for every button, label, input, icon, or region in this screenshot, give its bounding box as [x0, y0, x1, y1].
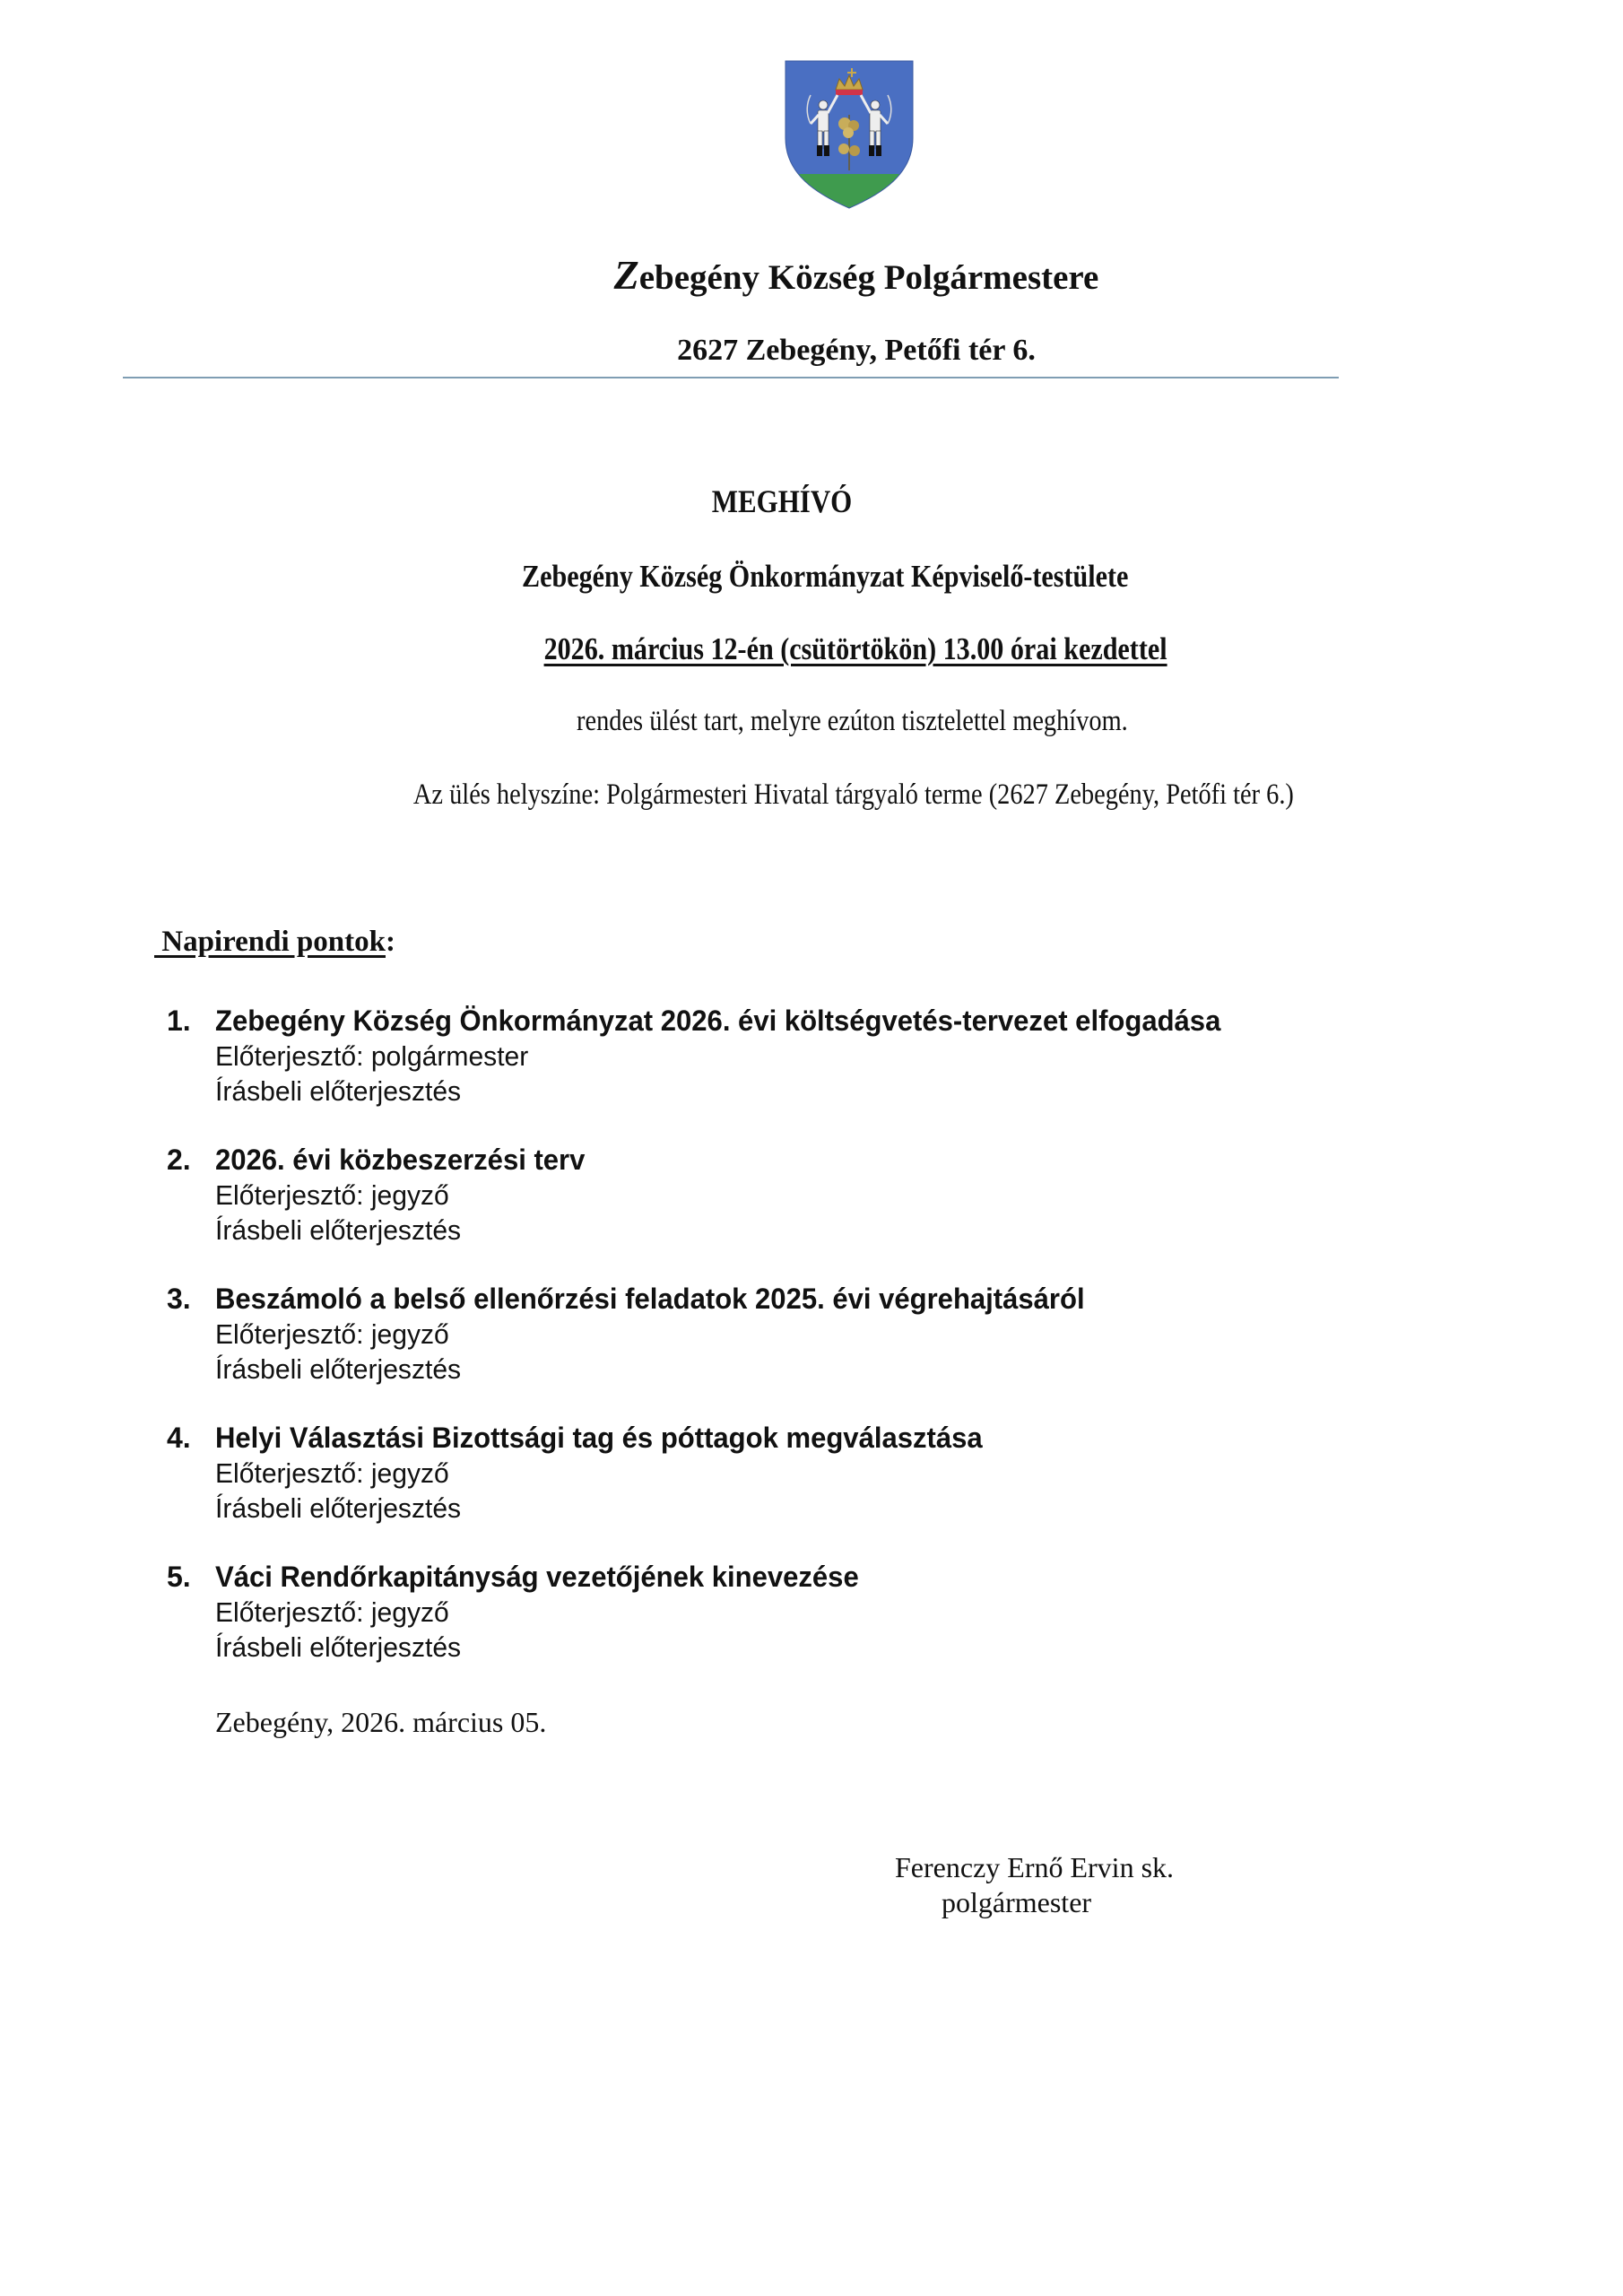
agenda-item-title: Váci Rendőrkapitányság vezetőjének kinev…	[215, 1560, 859, 1595]
agenda-item-type: Írásbeli előterjesztés	[215, 1352, 461, 1387]
agenda-item-title: Beszámoló a belső ellenőrzési feladatok …	[215, 1282, 1085, 1317]
agenda-item-type: Írásbeli előterjesztés	[215, 1630, 461, 1665]
agenda-item-number: 1.	[167, 1004, 191, 1039]
header-separator	[123, 377, 1339, 378]
agenda-item-presenter: Előterjesztő: jegyző	[215, 1178, 449, 1213]
coat-of-arms-icon	[777, 39, 922, 210]
agenda-item-title: Helyi Választási Bizottsági tag és pótta…	[215, 1421, 983, 1456]
place-and-date: Zebegény, 2026. március 05.	[215, 1706, 546, 1739]
agenda-item-title: Zebegény Község Önkormányzat 2026. évi k…	[215, 1004, 1220, 1039]
agenda-item-type: Írásbeli előterjesztés	[215, 1491, 461, 1526]
signer-name: Ferenczy Ernő Ervin sk.	[895, 1851, 1174, 1884]
office-title-initial: Z	[614, 252, 639, 298]
agenda-item-type: Írásbeli előterjesztés	[215, 1213, 461, 1248]
agenda-item-presenter: Előterjesztő: jegyző	[215, 1456, 449, 1491]
invitation-intro-text: rendes ülést tart, melyre ezúton tisztel…	[577, 705, 1128, 738]
document-heading-text: MEGHÍVÓ	[712, 483, 853, 520]
agenda-heading-colon: :	[386, 926, 395, 958]
office-title: Zebegény Község Polgármestere	[587, 251, 1125, 299]
document-heading: MEGHÍVÓ	[674, 483, 890, 520]
agenda-item-presenter: Előterjesztő: polgármester	[215, 1039, 528, 1074]
meeting-datetime-text: 2026. március 12-én (csütörtökön) 13.00 …	[543, 631, 1167, 667]
invitation-intro: rendes ülést tart, melyre ezúton tisztel…	[448, 705, 1255, 738]
office-address: 2627 Zebegény, Petőfi tér 6.	[659, 334, 1054, 368]
office-title-rest: ebegény Község Polgármestere	[639, 258, 1099, 297]
agenda-item-presenter: Előterjesztő: jegyző	[215, 1317, 449, 1352]
council-name-text: Zebegény Község Önkormányzat Képviselő-t…	[522, 559, 1128, 595]
agenda-item-number: 2.	[167, 1143, 191, 1178]
council-name: Zebegény Község Önkormányzat Képviselő-t…	[466, 559, 1184, 595]
signer-title: polgármester	[942, 1886, 1091, 1919]
agenda-item-number: 5.	[167, 1560, 191, 1595]
agenda-item-title: 2026. évi közbeszerzési terv	[215, 1143, 585, 1178]
agenda-heading: Napirendi pontok:	[154, 926, 395, 959]
agenda-item-type: Írásbeli előterjesztés	[215, 1074, 461, 1109]
agenda-item-number: 4.	[167, 1421, 191, 1456]
agenda-item-number: 3.	[167, 1282, 191, 1317]
meeting-venue: Az ülés helyszíne: Polgármesteri Hivatal…	[296, 778, 1411, 812]
agenda-item-presenter: Előterjesztő: jegyző	[215, 1595, 449, 1630]
meeting-venue-text: Az ülés helyszíne: Polgármesteri Hivatal…	[413, 778, 1294, 812]
agenda-heading-text: Napirendi pontok	[154, 926, 386, 958]
meeting-datetime: 2026. március 12-én (csütörtökön) 13.00 …	[448, 631, 1263, 667]
